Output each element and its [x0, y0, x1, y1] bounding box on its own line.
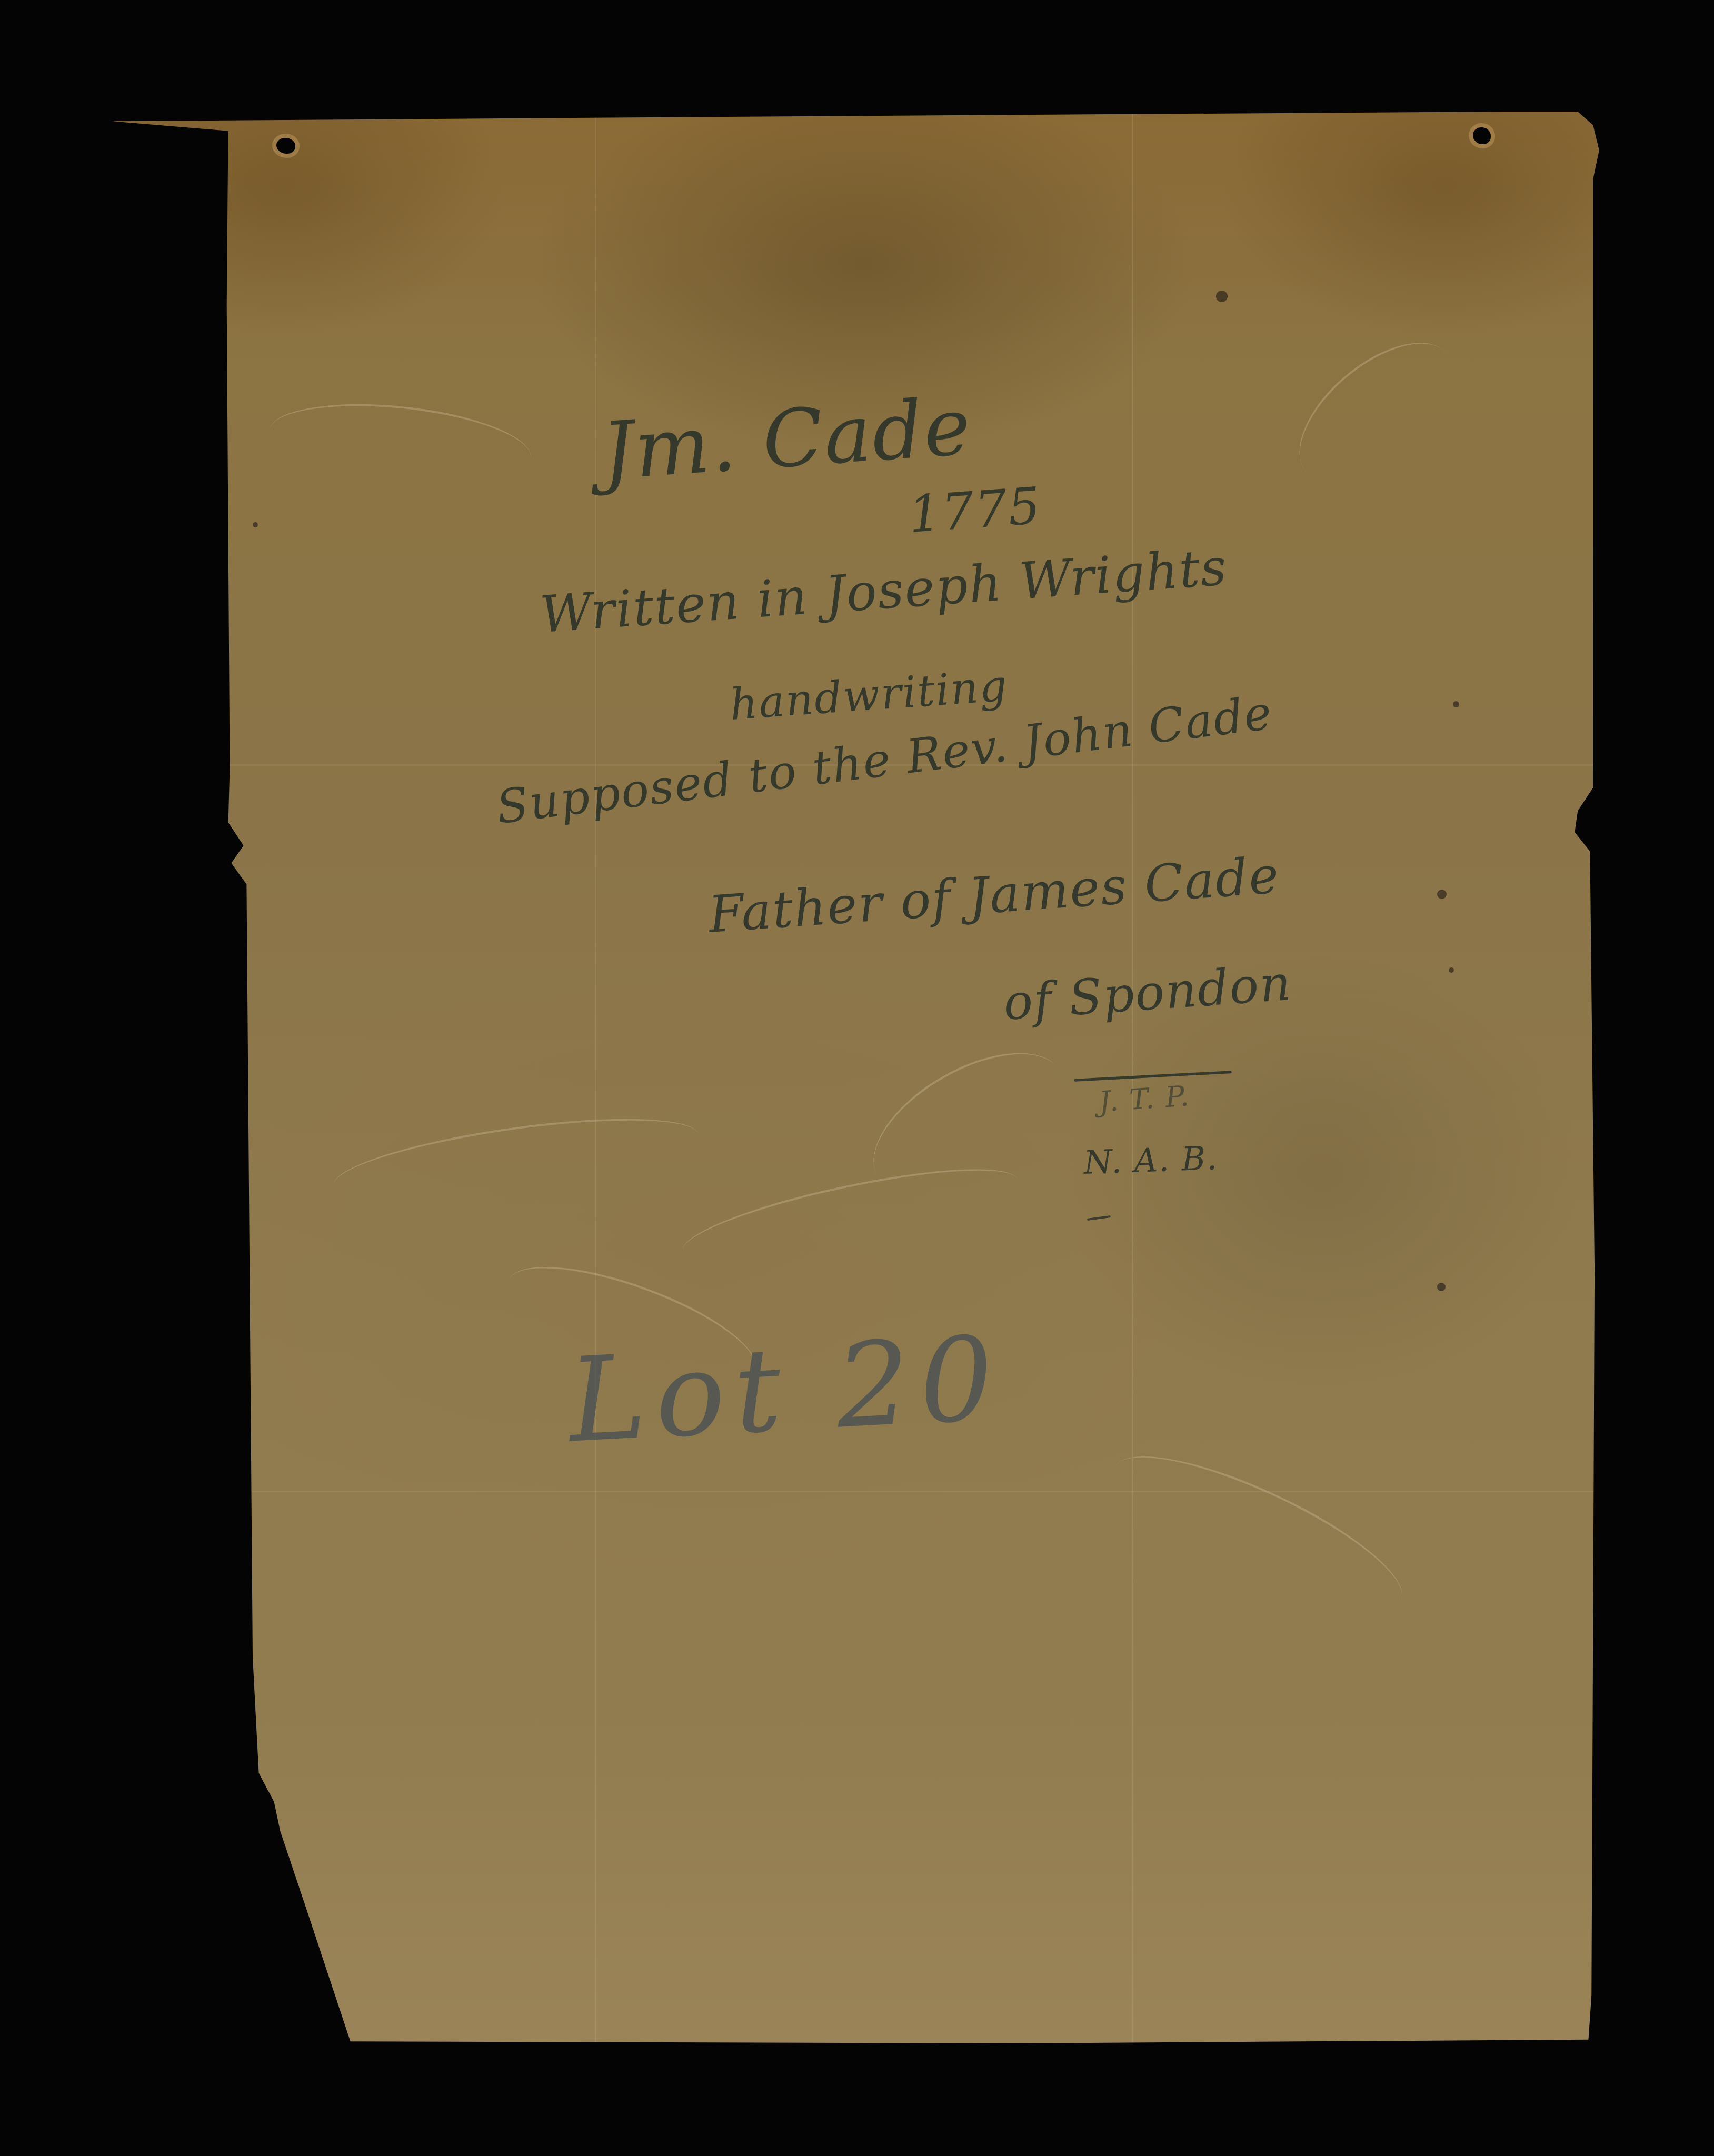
inscription-place: of Spondon — [1002, 955, 1294, 1031]
foxing-spot — [253, 522, 258, 527]
punch-hole — [1473, 127, 1491, 144]
paper-scuff-mark — [1275, 316, 1478, 509]
inscription-underline — [1074, 1071, 1232, 1082]
foxing-spot — [1437, 1283, 1446, 1291]
scan-background: Jm. Cade 1775 Written in Joseph Wrights … — [0, 0, 1714, 2156]
punch-hole — [276, 138, 295, 154]
foxing-spot — [176, 706, 182, 712]
foxing-spot — [1449, 967, 1454, 973]
pencil-lot-number: Lot 20 — [565, 1311, 1006, 1469]
paper-scuff-mark — [265, 393, 535, 495]
inscription-initials: N. A. B. — [1083, 1139, 1219, 1182]
ink-dash-mark — [1087, 1215, 1111, 1221]
paper-scuff-mark — [329, 1102, 703, 1218]
paper-fold-crease — [595, 112, 596, 2043]
foxing-spot — [1437, 890, 1447, 899]
paper-scuff-mark — [1097, 1428, 1419, 1640]
inscription-year: 1775 — [906, 476, 1043, 544]
inscription-line: handwriting — [728, 661, 1009, 730]
paper-fold-crease — [100, 1491, 1627, 1492]
inscription-line: Father of James Cade — [706, 845, 1281, 944]
inscription-name: Jm. Cade — [599, 381, 974, 498]
foxing-spot — [1453, 701, 1459, 707]
inscription-initials: J. T. P. — [1098, 1079, 1191, 1119]
inscription-line: Written in Joseph Wrights — [538, 537, 1229, 644]
foxing-spot — [1216, 291, 1228, 302]
aged-paper-sheet: Jm. Cade 1775 Written in Joseph Wrights … — [100, 112, 1627, 2043]
